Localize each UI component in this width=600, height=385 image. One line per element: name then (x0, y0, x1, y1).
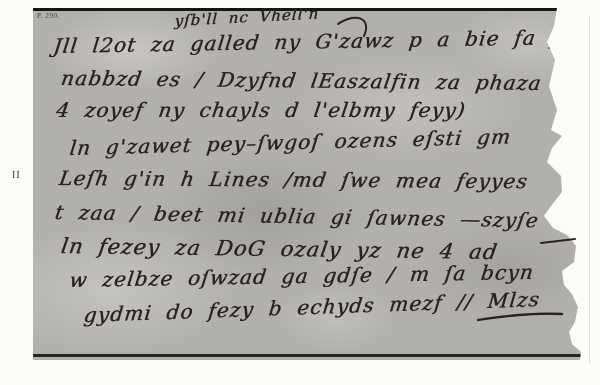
bottom-rule-line (33, 354, 585, 357)
handwriting-line: nabbzd es / Dzyfnd lEaszalfin za phaza (59, 66, 543, 95)
handwriting-line: gydmi do fezy b echyds mezf // Mlzs (82, 287, 541, 327)
page: P. 290. yſb'll nc Vhell'n Jll l2ot za ga… (0, 0, 600, 385)
handwriting-line: Jll l2ot za galled ny G'zawz p a bie fa … (52, 25, 588, 58)
page-edge-shadow (589, 16, 590, 364)
handwriting-line: ln fezey za DoG ozaly yz ne 4 ad (59, 234, 499, 264)
handwriting-line: ln g'zawet pey–ſwgoſ ozens eſsti gm (68, 124, 512, 160)
plate-label: P. 290. (37, 12, 60, 20)
handwriting-line: t zaa / beet mi ublia gi ſawnes —szyſe (53, 200, 541, 232)
handwriting-line: w zelbze oſwzad ga gdſe / m ſa bcyn (68, 260, 535, 292)
handwriting-line: 4 zoyef ny chayls d l'elbmy feyy) (55, 98, 468, 122)
margin-numeral: II (12, 170, 21, 181)
manuscript-scan: P. 290. yſb'll nc Vhell'n Jll l2ot za ga… (33, 8, 585, 360)
handwriting-line: Leſh g'in h Lines /md ſwe mea feyyes (57, 166, 529, 193)
